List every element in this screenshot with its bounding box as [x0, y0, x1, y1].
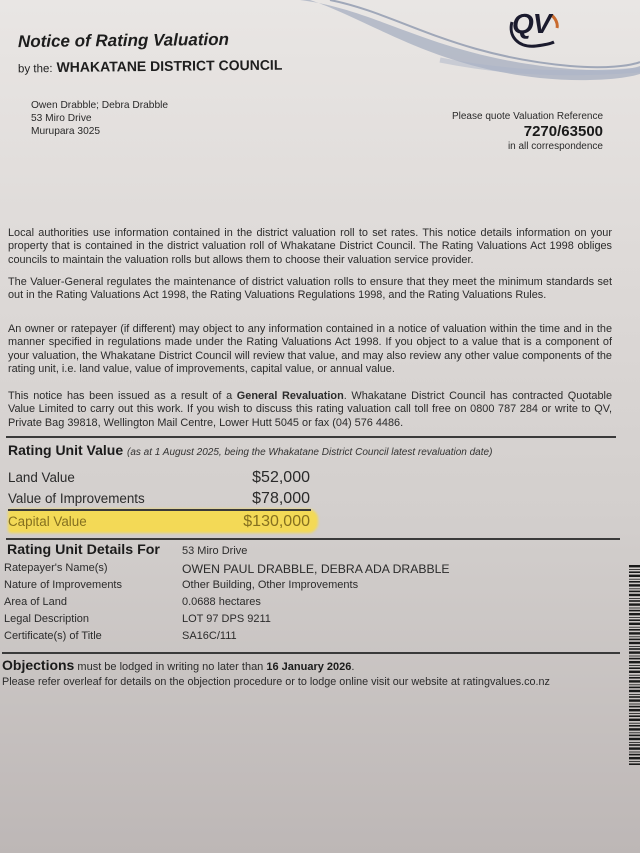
p4-bold: General Revaluation	[237, 390, 344, 402]
detail-value: Other Building, Other Improvements	[182, 579, 358, 591]
value-label: Capital Value	[8, 514, 87, 529]
detail-label: Nature of Improvements	[4, 579, 180, 591]
detail-label: Legal Description	[4, 613, 180, 625]
details-address: 53 Miro Drive	[182, 545, 247, 557]
subtotal-divider	[8, 509, 311, 511]
objections-text: must be lodged in writing no later than	[74, 661, 266, 673]
value-amount: $130,000	[243, 513, 310, 531]
detail-value: 0.0688 hectares	[182, 596, 261, 608]
objections-website-note: Please refer overleaf for details on the…	[2, 676, 550, 688]
recipient-names: Owen Drabble; Debra Drabble	[31, 99, 168, 112]
details-heading: Rating Unit Details For	[7, 542, 183, 558]
revaluation-date-note: (as at 1 August 2025, being the Whakatan…	[127, 447, 492, 458]
objections-notice: Objections must be lodged in writing no …	[2, 657, 550, 688]
issuer-line: by the:WHAKATANE DISTRICT COUNCIL	[18, 57, 282, 76]
council-name: WHAKATANE DISTRICT COUNCIL	[56, 57, 282, 75]
value-amount: $52,000	[252, 469, 310, 487]
barcode-icon	[629, 565, 640, 765]
divider	[6, 436, 616, 438]
valuation-reference: Please quote Valuation Reference 7270/63…	[452, 111, 603, 152]
detail-label: Certificate(s) of Title	[4, 630, 180, 642]
divider	[6, 538, 620, 540]
detail-label: Area of Land	[4, 596, 180, 608]
recipient-address: Owen Drabble; Debra Drabble 53 Miro Driv…	[31, 99, 168, 138]
recipient-town: Murupara 3025	[31, 125, 168, 138]
paragraph-valuer-general: The Valuer-General regulates the mainten…	[8, 276, 612, 303]
divider	[2, 652, 620, 654]
qv-logo: QV	[512, 8, 562, 48]
value-row-capital: Capital Value $130,000	[8, 514, 310, 529]
value-label: Value of Improvements	[8, 491, 145, 506]
detail-label: Ratepayer's Name(s)	[4, 562, 180, 574]
objections-line: Objections must be lodged in writing no …	[2, 657, 550, 673]
objection-deadline: 16 January 2026	[266, 661, 351, 673]
value-amount: $78,000	[252, 490, 310, 508]
p4-text-before: This notice has been issued as a result …	[8, 390, 237, 402]
value-row-land: Land Value $52,000	[8, 470, 310, 485]
rating-unit-value-heading: Rating Unit Value (as at 1 August 2025, …	[8, 442, 492, 458]
detail-value: OWEN PAUL DRABBLE, DEBRA ADA DRABBLE	[182, 562, 450, 576]
notice-title: Notice of Rating Valuation	[18, 30, 229, 52]
paragraph-objection-rights: An owner or ratepayer (if different) may…	[8, 323, 612, 376]
rating-unit-value-title: Rating Unit Value	[8, 442, 123, 458]
value-row-improvements: Value of Improvements $78,000	[8, 491, 310, 506]
paragraph-general-revaluation: This notice has been issued as a result …	[8, 390, 612, 430]
value-label: Land Value	[8, 470, 75, 485]
objections-text-end: .	[351, 661, 354, 673]
paragraph-local-authorities: Local authorities use information contai…	[8, 227, 612, 267]
objections-word: Objections	[2, 657, 74, 673]
recipient-street: 53 Miro Drive	[31, 112, 168, 125]
by-prefix: by the:	[18, 63, 53, 75]
detail-value: LOT 97 DPS 9211	[182, 613, 271, 625]
reference-number: 7270/63500	[452, 123, 603, 140]
detail-value: SA16C/111	[182, 630, 237, 642]
reference-suffix: in all correspondence	[452, 141, 603, 152]
reference-prompt: Please quote Valuation Reference	[452, 111, 603, 122]
